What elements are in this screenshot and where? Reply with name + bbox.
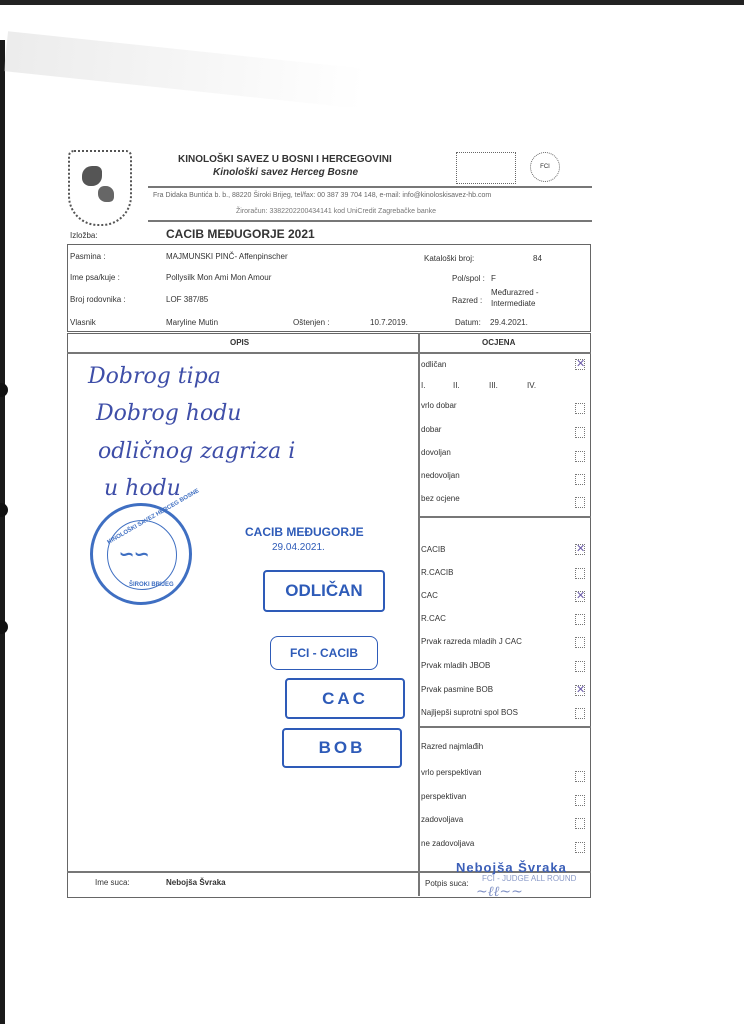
born-value: 10.7.2019.: [370, 318, 408, 327]
breed-label: Pasmina :: [70, 252, 106, 261]
event-stamp-date: 29.04.2021.: [272, 542, 325, 553]
account-line: Žiroračun: 3382202200434141 kod UniCredi…: [236, 208, 436, 215]
grade-sufficient-checkbox[interactable]: [575, 451, 585, 462]
grade-good-label: dobar: [421, 425, 441, 434]
header-divider: [67, 352, 591, 354]
grade-excellent-checkbox[interactable]: [575, 359, 585, 370]
grade-very-good-checkbox[interactable]: [575, 403, 585, 414]
association-seal: KINOLOŠKI SAVEZ HERCEG BOSNE ŠIROKI BRIJ…: [90, 503, 192, 605]
judge-label: Ime suca:: [95, 878, 130, 887]
placement-4: IV.: [527, 381, 536, 390]
divider: [148, 186, 592, 188]
youngest-promising-label: perspektivan: [421, 792, 466, 801]
title-jcac-checkbox[interactable]: [575, 637, 585, 648]
placement-3: III.: [489, 381, 498, 390]
dog-heads-icon: ∽∽: [119, 544, 149, 565]
grade-excellent-label: odličan: [421, 360, 446, 369]
pedigree-value: LOF 387/85: [166, 295, 208, 304]
name-label: Ime psa/kuje :: [70, 273, 120, 282]
stamp-emblem-icon: [456, 152, 516, 184]
judge-stamp-title: FCI - JUDGE ALL ROUND: [482, 874, 576, 883]
association-logo: [68, 150, 132, 226]
class-value-line1: Međurazred -: [491, 288, 539, 297]
fci-emblem-icon: FCI: [530, 152, 560, 182]
title-bob-checkbox[interactable]: [575, 685, 585, 696]
cac-stamp: CAC: [285, 678, 405, 719]
fci-cacib-stamp: FCI - CACIB: [270, 636, 378, 670]
section-divider: [418, 726, 591, 728]
title-rcacib-checkbox[interactable]: [575, 568, 585, 579]
grade-sufficient-label: dovoljan: [421, 448, 451, 457]
scan-edge-top: [0, 0, 744, 5]
title-bob-label: Prvak pasmine BOB: [421, 685, 493, 694]
handwritten-line: Dobrog tipa: [88, 364, 221, 389]
show-label: Izložba:: [70, 231, 98, 240]
title-jcac-label: Prvak razreda mladih J CAC: [421, 637, 522, 646]
title-jbob-label: Prvak mladih JBOB: [421, 661, 490, 670]
section-divider: [418, 516, 591, 518]
owner-label: Vlasnik: [70, 318, 96, 327]
date-label: Datum:: [455, 318, 481, 327]
opis-header: OPIS: [230, 338, 249, 347]
title-cacib-checkbox[interactable]: [575, 544, 585, 555]
placement-1: I.: [421, 381, 425, 390]
sex-value: F: [491, 274, 496, 283]
grade-none-checkbox[interactable]: [575, 497, 585, 508]
punch-hole: [0, 620, 8, 634]
column-divider: [418, 333, 420, 896]
pedigree-label: Broj rodovnika :: [70, 295, 126, 304]
org-subname: Kinološki savez Herceg Bosne: [213, 167, 358, 178]
punch-hole: [0, 503, 8, 517]
event-stamp: CACIB MEĐUGORJE: [245, 525, 364, 539]
title-cacib-label: CACIB: [421, 545, 445, 554]
class-value-line2: Intermediate: [491, 299, 535, 308]
judge-name: Nebojša Švraka: [166, 878, 226, 887]
scan-edge-left: [0, 40, 5, 1024]
judge-stamp-name: Nebojša Švraka: [456, 860, 567, 875]
signature-label: Potpis suca:: [425, 879, 469, 888]
breed-value: MAJMUNSKI PINČ- Affenpinscher: [166, 252, 288, 261]
divider: [148, 220, 592, 222]
bob-stamp: BOB: [282, 728, 402, 768]
youngest-very-promising-checkbox[interactable]: [575, 771, 585, 782]
youngest-unsatisfactory-label: ne zadovoljava: [421, 839, 474, 848]
grade-insufficient-label: nedovoljan: [421, 471, 460, 480]
grade-good-checkbox[interactable]: [575, 427, 585, 438]
title-bos-label: Najljepši suprotni spol BOS: [421, 708, 518, 717]
name-value: Pollysilk Mon Ami Mon Amour: [166, 273, 271, 282]
placement-2: II.: [453, 381, 460, 390]
grade-none-label: bez ocjene: [421, 494, 460, 503]
punch-hole: [0, 383, 8, 397]
handwritten-line: Dobrog hodu: [96, 401, 241, 426]
ocjena-header: OCJENA: [482, 338, 515, 347]
youngest-satisfactory-checkbox[interactable]: [575, 818, 585, 829]
born-label: Oštenjen :: [293, 318, 329, 327]
youngest-unsatisfactory-checkbox[interactable]: [575, 842, 585, 853]
handwritten-line: odličnog zagriza i: [98, 439, 295, 464]
owner-value: Maryline Mutin: [166, 318, 218, 327]
grade-insufficient-checkbox[interactable]: [575, 474, 585, 485]
title-jbob-checkbox[interactable]: [575, 661, 585, 672]
org-name: KINOLOŠKI SAVEZ U BOSNI I HERCEGOVINI: [178, 154, 392, 165]
youngest-header: Razred najmlađih: [421, 742, 483, 751]
grade-stamp: ODLIČAN: [263, 570, 385, 612]
title-rcac-checkbox[interactable]: [575, 614, 585, 625]
title-rcacib-label: R.CACIB: [421, 568, 453, 577]
scan-shadow: [4, 31, 366, 108]
title-cac-checkbox[interactable]: [575, 591, 585, 602]
date-value: 29.4.2021.: [490, 318, 528, 327]
show-title: CACIB MEĐUGORJE 2021: [166, 227, 315, 241]
youngest-promising-checkbox[interactable]: [575, 795, 585, 806]
class-label: Razred :: [452, 296, 482, 305]
judge-signature: ~ℓℓ~~: [476, 884, 523, 901]
youngest-satisfactory-label: zadovoljava: [421, 815, 463, 824]
sex-label: Pol/spol :: [452, 274, 485, 283]
title-rcac-label: R.CAC: [421, 614, 446, 623]
catalog-label: Kataloški broj:: [424, 254, 474, 263]
grade-very-good-label: vrlo dobar: [421, 401, 457, 410]
title-cac-label: CAC: [421, 591, 438, 600]
catalog-value: 84: [533, 254, 542, 263]
title-bos-checkbox[interactable]: [575, 708, 585, 719]
address-line: Fra Didaka Buntića b. b., 88220 Široki B…: [153, 192, 491, 199]
handwritten-line: u hodu: [104, 476, 181, 501]
youngest-very-promising-label: vrlo perspektivan: [421, 768, 481, 777]
